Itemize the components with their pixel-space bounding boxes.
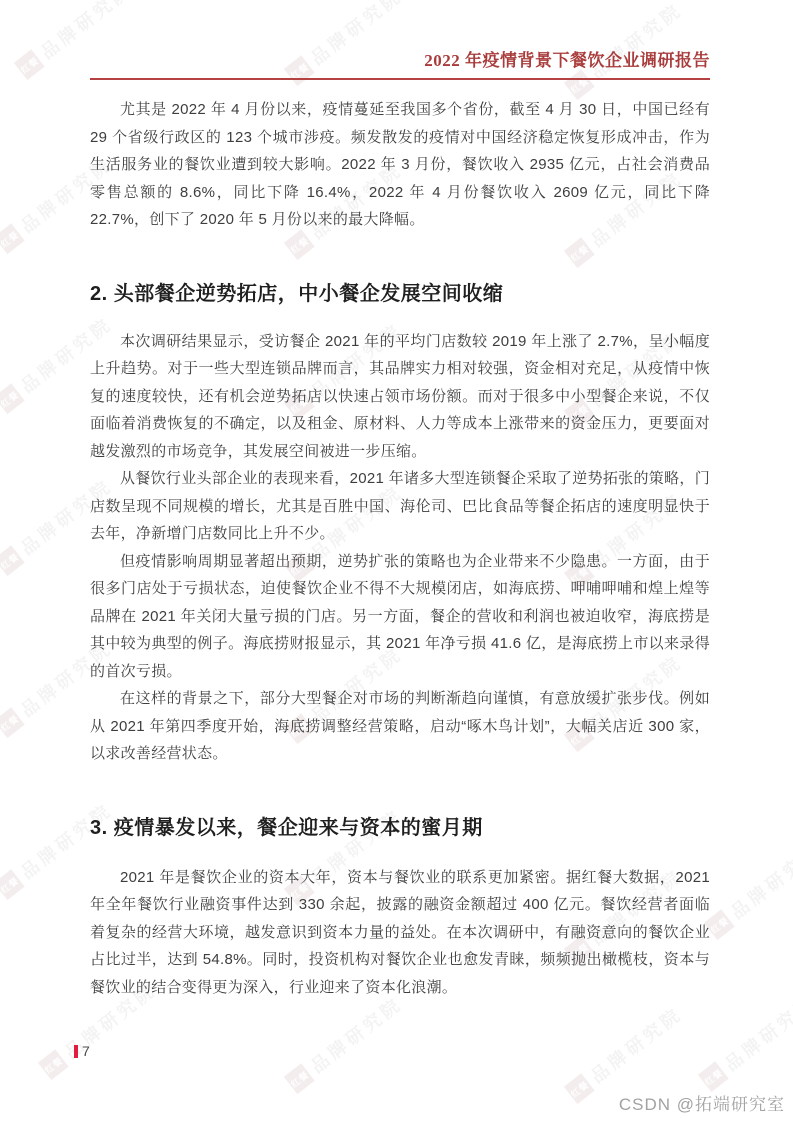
brand-logo-icon: 红餐 [284, 1063, 315, 1094]
brand-logo-icon: 红餐 [564, 1073, 595, 1104]
section-2-heading: 2. 头部餐企逆势拓店，中小餐企发展空间收缩 [90, 277, 710, 306]
brand-watermark-text: 品牌研究院 [585, 1000, 688, 1088]
section-2-paragraph-3: 但疫情影响周期显著超出预期，逆势扩张的策略也为企业带来不少隐患。一方面，由于很多… [90, 548, 710, 686]
report-title: 2022 年疫情背景下餐饮企业调研报告 [424, 51, 710, 70]
page-header: 2022 年疫情背景下餐饮企业调研报告 [90, 46, 710, 80]
section-3-paragraph-1: 2021 年是餐饮企业的资本大年，资本与餐饮业的联系更加紧密。据红餐大数据，20… [90, 864, 710, 1002]
footer-red-bar-icon [74, 1045, 78, 1058]
brand-logo-icon: 红餐 [698, 1061, 729, 1092]
brand-watermark-tile: 红餐品牌研究院 [283, 990, 408, 1095]
intro-paragraph: 尤其是 2022 年 4 月份以来，疫情蔓延至我国多个省份，截至 4 月 30 … [90, 96, 710, 234]
section-2-paragraph-2: 从餐饮行业头部企业的表现来看，2021 年诸多大型连锁餐企采取了逆势拓张的策略，… [90, 465, 710, 548]
page-footer: 7 [74, 1043, 90, 1059]
page-number: 7 [82, 1043, 90, 1059]
report-page: 红餐品牌研究院红餐品牌研究院红餐品牌研究院红餐品牌研究院红餐品牌研究院红餐品牌研… [0, 0, 793, 1122]
brand-watermark-tile: 红餐品牌研究院 [697, 988, 793, 1093]
page-content: 2022 年疫情背景下餐饮企业调研报告 尤其是 2022 年 4 月份以来，疫情… [0, 0, 793, 1001]
csdn-watermark: CSDN @拓端研究室 [619, 1090, 785, 1115]
brand-watermark-text: 品牌研究院 [305, 990, 408, 1078]
section-3-heading: 3. 疫情暴发以来，餐企迎来与资本的蜜月期 [90, 811, 710, 840]
section-2-paragraph-1: 本次调研结果显示，受访餐企 2021 年的平均门店数较 2019 年上涨了 2.… [90, 328, 710, 466]
section-2-paragraph-4: 在这样的背景之下，部分大型餐企对市场的判断渐趋向谨慎，有意放缓扩张步伐。例如从 … [90, 685, 710, 768]
brand-logo-icon: 红餐 [38, 1049, 69, 1080]
brand-watermark-text: 品牌研究院 [719, 988, 793, 1076]
